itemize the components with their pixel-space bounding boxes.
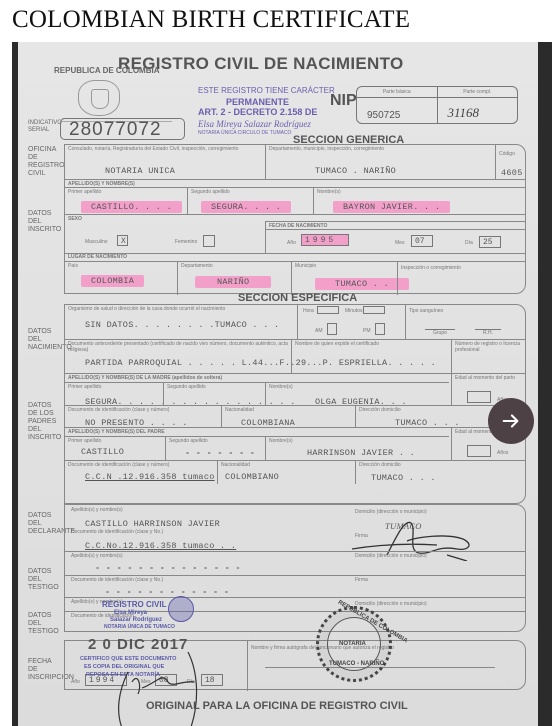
- birthplace-label: LUGAR DE NACIMIENTO: [68, 254, 127, 260]
- side-label-inscrito: DATOS DEL INSCRITO: [28, 210, 62, 234]
- country-field-label: País: [68, 263, 78, 269]
- next-image-button[interactable]: [488, 398, 534, 444]
- stamp-registro-name1: Elsa Mireya: [114, 610, 147, 616]
- witness1-doc: - - - - - - - - - - - -: [105, 587, 229, 597]
- declarant-doc: C.C.No.12.916.358 tumaco . .: [85, 541, 236, 551]
- birth-department: NARIÑO: [195, 277, 271, 287]
- witness2-address-label: Domicilio (dirección o municipio): [355, 601, 427, 607]
- mother-age-label: Edad al momento del parto: [455, 375, 515, 381]
- nip-comp: Parte compl. 31168: [438, 87, 518, 123]
- side-label-inscripcion: FECHA DE INSCRIPCION: [28, 658, 62, 682]
- side-label-testigo-2: DATOS DEL TESTIGO: [28, 612, 62, 636]
- mother-doc-label: Documento de identificación (clase y núm…: [68, 407, 169, 413]
- witness1-names-label: Apellido(s) y nombre(s): [71, 553, 123, 559]
- nip-basic-value: 950725: [367, 110, 400, 121]
- witness1-names: - - - - - - - - - - - - - -: [95, 563, 241, 573]
- notary-signature-icon: [98, 642, 208, 726]
- office-label: Consulado, notaría, Registraduría del Es…: [68, 146, 238, 152]
- second-surname: SEGURA. . . .: [201, 202, 291, 212]
- dob-month-label: Mes: [395, 240, 404, 246]
- rh-label: R.H.: [475, 329, 501, 336]
- given-names: BAYRON JAVIER. . .: [333, 202, 450, 212]
- registry-stamp-line: NOTARIA ÚNICA CIRCULO DE TUMACO: [198, 130, 291, 136]
- page-heading: COLOMBIAN BIRTH CERTIFICATE: [12, 6, 410, 34]
- father-names-field-label: Nombre(s): [269, 438, 293, 444]
- mother-address-label: Dirección domicilio: [359, 407, 401, 413]
- sex-label: SEXO: [68, 216, 82, 222]
- mother-names-label: APELLIDO(S) Y NOMBRE(S) DE LA MADRE (ape…: [68, 375, 222, 381]
- registry-stamp-line: ART. 2 - DECRETO 2.158 DE: [198, 107, 317, 117]
- father-doc-label: Documento de identificación (clase y núm…: [68, 462, 169, 468]
- second-surname-label: Segundo apellido: [191, 189, 230, 195]
- mother-age-box: [467, 391, 491, 403]
- stamp-registro-title: REGISTRO CIVIL: [102, 600, 166, 609]
- section-especifica-title: SECCION ESPECIFICA: [238, 292, 357, 304]
- dob-year-label: Año: [287, 240, 296, 246]
- father-years-label: Años: [497, 450, 508, 456]
- notary-seal-icon: REPUBLICA DE COLOMBIA NOTARIA TUMACO - N…: [316, 606, 392, 682]
- father-first-surname: CASTILLO: [81, 447, 124, 457]
- nip-basic: Parte básica 950725: [357, 87, 438, 123]
- father-nationality: COLOMBIANO: [225, 472, 279, 482]
- dob-month: 07: [411, 235, 433, 247]
- father-address-label: Dirección domicilio: [359, 462, 401, 468]
- nip-box: Parte básica 950725 Parte compl. 31168: [356, 86, 518, 124]
- father-second-surname-label: Segundo apellido: [169, 438, 208, 444]
- father-names: HARRINSON JAVIER . .: [307, 448, 415, 458]
- mother-second-surname-label: Segundo apellido: [167, 384, 206, 390]
- father-address: TUMACO . . .: [371, 473, 436, 483]
- municipality-label: Municipio: [295, 263, 316, 269]
- stamp-registro-office: NOTARIA ÚNICA DE TUMACO: [104, 624, 175, 630]
- declarant-address-label-2: Domicilio (dirección o municipio): [355, 553, 427, 559]
- side-label-padres: DATOS DE LOS PADRES DEL INSCRITO: [28, 402, 62, 442]
- location-value: TUMACO . NARIÑO: [315, 166, 396, 176]
- nip-comp-label: Parte compl.: [438, 88, 518, 98]
- minutes-label: Minutos: [345, 308, 363, 314]
- health-org-label: Organismo de salud o dirección de la cas…: [68, 306, 225, 312]
- side-label-nacimiento: DATOS DEL NACIMIENTO: [28, 328, 62, 352]
- father-nationality-label: Nacionalidad: [221, 462, 250, 468]
- seal-middle-text: NOTARIA: [339, 641, 366, 647]
- given-names-label: Nombre(s): [317, 189, 341, 195]
- antecedent-doc-label: Documento antecedente presentado (certif…: [68, 341, 288, 353]
- seal-bottom-text: TUMACO - NARIÑO: [329, 661, 384, 667]
- mother-names-field-label: Nombre(s): [269, 384, 293, 390]
- department-label: Departamento: [181, 263, 213, 269]
- female-label: Femenino: [175, 239, 197, 245]
- first-surname-label: Primer apellido: [68, 189, 101, 195]
- male-label: Masculino: [85, 239, 108, 245]
- father-names-label: APELLIDO(S) Y NOMBRE(S) DEL PADRE: [68, 429, 165, 435]
- footer-original: ORIGINAL PARA LA OFICINA DE REGISTRO CIV…: [146, 700, 408, 712]
- father-second-surname: - - - - - - -: [185, 448, 255, 458]
- registry-stamp-line: ESTE REGISTRO TIENE CARÁCTER: [198, 86, 335, 95]
- location-label: Departamento, municipio, inspección, cor…: [269, 146, 384, 152]
- declarant-names: CASTILLO HARRINSON JAVIER: [85, 519, 220, 529]
- nip-basic-label: Parte básica: [357, 88, 437, 98]
- birth-certificate-document: REGISTRO CIVIL DE NACIMIENTO REPUBLICA D…: [18, 42, 538, 726]
- license-label: Número de registro o licencia profesiona…: [455, 341, 525, 353]
- registry-stamp-line: Elsa Mireya Salazar Rodríguez: [198, 119, 311, 129]
- hour-box: [317, 306, 339, 314]
- inscription-year-label: Año: [71, 679, 80, 685]
- am-label: AM: [315, 328, 323, 334]
- antecedent-doc-value: PARTIDA PARROQUIAL . . . . . L.44...F..2…: [85, 358, 436, 368]
- male-checkbox[interactable]: X: [117, 235, 128, 246]
- nip-comp-value: 31168: [448, 105, 480, 121]
- inspection-label: Inspección o corregimiento: [401, 265, 461, 271]
- father-first-surname-label: Primer apellido: [68, 438, 101, 444]
- side-label-oficina: OFICINA DE REGISTRO CIVIL: [28, 146, 62, 178]
- pm-box: [375, 323, 385, 335]
- blue-seal-icon: [168, 596, 194, 622]
- specific-section-box: Organismo de salud o dirección de la cas…: [64, 304, 526, 504]
- form-title: REGISTRO CIVIL DE NACIMIENTO: [118, 54, 403, 74]
- health-org-value: SIN DATOS. . . . . . . .TUMACO . . .: [85, 320, 279, 330]
- office-value: NOTARIA UNICA: [105, 166, 175, 176]
- mother-first-surname-label: Primer apellido: [68, 384, 101, 390]
- father-doc: C.C.N .12.916.358 tumaco: [85, 472, 215, 482]
- mother-nationality-label: Nacionalidad: [225, 407, 254, 413]
- generic-section-box: Consulado, notaría, Registraduría del Es…: [64, 144, 526, 294]
- side-label-testigo-1: DATOS DEL TESTIGO: [28, 568, 62, 592]
- birth-municipality: TUMACO . .: [315, 279, 409, 289]
- dob-day-label: Día: [465, 240, 473, 246]
- pm-label: PM: [363, 328, 371, 334]
- female-checkbox[interactable]: [203, 235, 215, 247]
- birth-country: COLOMBIA: [81, 276, 144, 286]
- declarant-doc-label: Documento de identificación (clase y No.…: [71, 529, 163, 535]
- side-label-declarante: DATOS DEL DECLARANTE: [28, 512, 62, 536]
- declarant-names-label: Apellido(s) y nombre(s): [71, 507, 123, 513]
- nip-label: NIP: [330, 92, 357, 110]
- stamp-registro-name2: Salazar Rodríguez: [110, 617, 162, 623]
- hour-label: Hora: [303, 308, 314, 314]
- father-age-box: [467, 445, 491, 457]
- dob-year: 1995: [301, 234, 349, 246]
- dob-day: 25: [479, 236, 501, 248]
- country-label: REPUBLICA DE COLOMBIA: [54, 66, 159, 75]
- serial-label: INDICATIVO SERIAL: [28, 120, 58, 134]
- coat-of-arms-icon: [78, 80, 120, 116]
- first-surname: CASTILLO. . . .: [81, 202, 182, 212]
- code-label: Código: [499, 151, 515, 157]
- issuer-label: Nombre de quien expide el certificado: [295, 341, 379, 347]
- arrow-right-icon: [500, 410, 522, 432]
- code-value: 4605: [501, 168, 523, 178]
- am-box: [327, 323, 337, 335]
- group-label: Grupo: [425, 329, 455, 336]
- minutes-box: [363, 306, 385, 314]
- serial-number: 28077072: [60, 118, 185, 140]
- registry-stamp-line: PERMANENTE: [226, 97, 289, 107]
- witness1-doc-label: Documento de identificación (clase y No.…: [71, 577, 163, 583]
- blood-type-label: Tipo sanguíneo: [409, 308, 443, 314]
- witness1-signature-label: Firma: [355, 577, 368, 583]
